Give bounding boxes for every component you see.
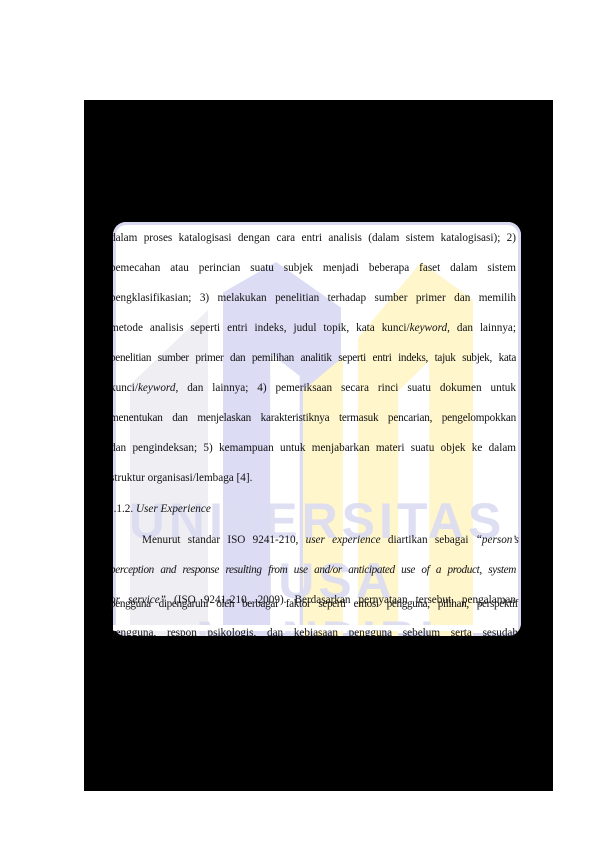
text-line: pengguna dipengaruhi oleh berbagai fakto… — [110, 598, 518, 610]
text-line: pengklasifikasian; 3) melakukan peneliti… — [113, 292, 516, 304]
clipped-text-container: pengguna, respon psikologis, dan kebiasa… — [113, 625, 521, 636]
text-line: penelitian sumber primer dan pemilihan a… — [113, 352, 516, 364]
text-line: metode analisis seperti entri indeks, ju… — [113, 322, 516, 334]
document-excerpt: UNIVERSITAS NUSA MANDIRI dalam proses ka… — [113, 222, 521, 636]
body-text: dalam proses katalogisasi dengan cara en… — [113, 222, 521, 636]
text-line-clipped: pengguna, respon psikologis, dan kebiasa… — [113, 625, 518, 631]
section-title: User Experience — [136, 503, 211, 515]
section-heading: 2.1.2. User Experience — [113, 503, 514, 515]
text-line: pemecahan atau perincian suatu subjek me… — [113, 262, 516, 274]
text-line: dalam proses katalogisasi dengan cara en… — [113, 232, 516, 244]
text-line: perception and response resulting from u… — [113, 564, 516, 576]
section-number: 2.1.2. — [113, 503, 133, 515]
text-line: kunci/keyword, dan lainnya; 4) pemeriksa… — [113, 382, 516, 394]
text-line: menentukan dan menjelaskan karakteristik… — [113, 412, 516, 424]
text-line: struktur organisasi/lembaga [4]. — [113, 472, 516, 484]
text-line: dan pengindeksan; 5) kemampuan untuk men… — [113, 442, 516, 454]
text-line: Menurut standar ISO 9241-210, user exper… — [113, 534, 519, 546]
